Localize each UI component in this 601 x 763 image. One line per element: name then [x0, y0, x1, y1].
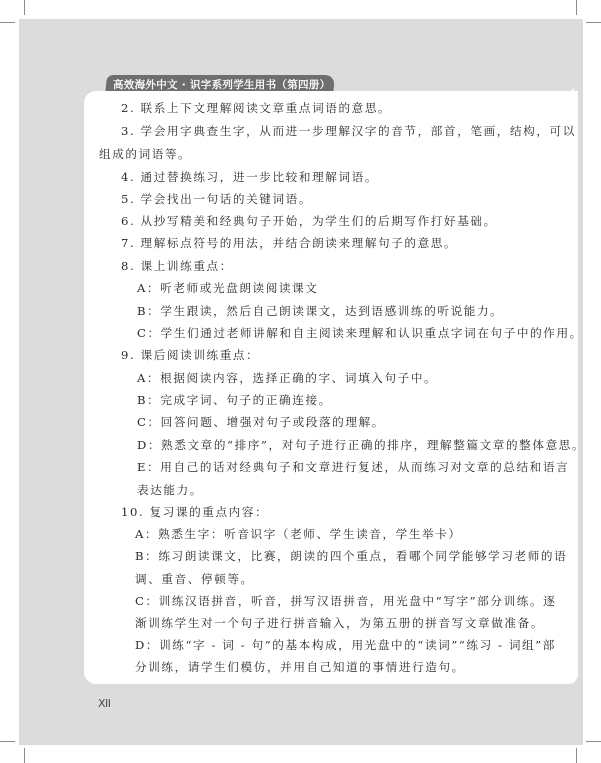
- section-heading: 10. 复习课的重点内容：: [121, 505, 268, 519]
- section-heading: 8. 课上训练重点：: [121, 259, 233, 273]
- content-body: 2. 联系上下文理解阅读文章重点词语的意思。 3. 学会用字典查生字，从而进一步…: [0, 0, 601, 763]
- text-line: C：学生们通过老师讲解和自主阅读来理解和认识重点字词在句子中的作用。: [137, 326, 583, 340]
- text-line: D：熟悉文章的“排序”，对句子进行正确的排序，理解整篇文章的整体意思。: [137, 438, 585, 452]
- section-heading: 9. 课后阅读训练重点：: [121, 348, 259, 362]
- text-line: 6. 从抄写精美和经典句子开始，为学生们的后期写作打好基础。: [121, 214, 497, 228]
- text-line: B：练习朗读课文，比赛，朗读的四个重点，看哪个同学能够学习老师的语: [135, 549, 567, 563]
- text-line: 组成的词语等。: [99, 147, 191, 161]
- text-line: 3. 学会用字典查生字，从而进一步理解汉字的音节，部首，笔画，结构，可以: [121, 124, 576, 138]
- text-line: C：回答问题、增强对句子或段落的理解。: [137, 415, 385, 429]
- text-line: 5. 学会找出一句话的关键词语。: [121, 192, 312, 206]
- text-line: A：听老师或光盘朗读阅读课文: [137, 281, 319, 295]
- text-line: 7. 理解标点符号的用法，并结合朗读来理解句子的意思。: [121, 236, 457, 250]
- text-line: 4. 通过替换练习，进一步比较和理解词语。: [121, 170, 378, 184]
- text-line: A：根据阅读内容，选择正确的字、词填入句子中。: [137, 371, 437, 385]
- text-line: 表达能力。: [137, 483, 203, 497]
- text-line: C：训练汉语拼音，听音，拼写汉语拼音，用光盘中“写字”部分训练。逐: [135, 594, 556, 608]
- page-number: XII: [98, 697, 111, 710]
- text-line: 调、重音、停顿等。: [135, 572, 254, 586]
- text-line: D：训练“字 - 词 - 句”的基本构成，用光盘中的“读词”“练习 - 词组”部: [135, 638, 556, 652]
- text-line: 渐训练学生对一个句子进行拼音输入，为第五册的拼音写文章做准备。: [135, 616, 544, 630]
- text-line: B：学生跟读，然后自己朗读课文，达到语感训练的听说能力。: [137, 304, 503, 318]
- text-line: 2. 联系上下文理解阅读文章重点词语的意思。: [121, 101, 391, 115]
- text-line: A：熟悉生字：听音识字（老师、学生读音，学生举卡）: [135, 527, 462, 541]
- text-line: E：用自己的话对经典句子和文章进行复述，从而练习对文章的总结和语言: [137, 460, 569, 474]
- text-line: B：完成字词、句子的正确连接。: [137, 393, 332, 407]
- text-line: 分训练，请学生们模仿，并用自己知道的事情进行造句。: [135, 660, 465, 674]
